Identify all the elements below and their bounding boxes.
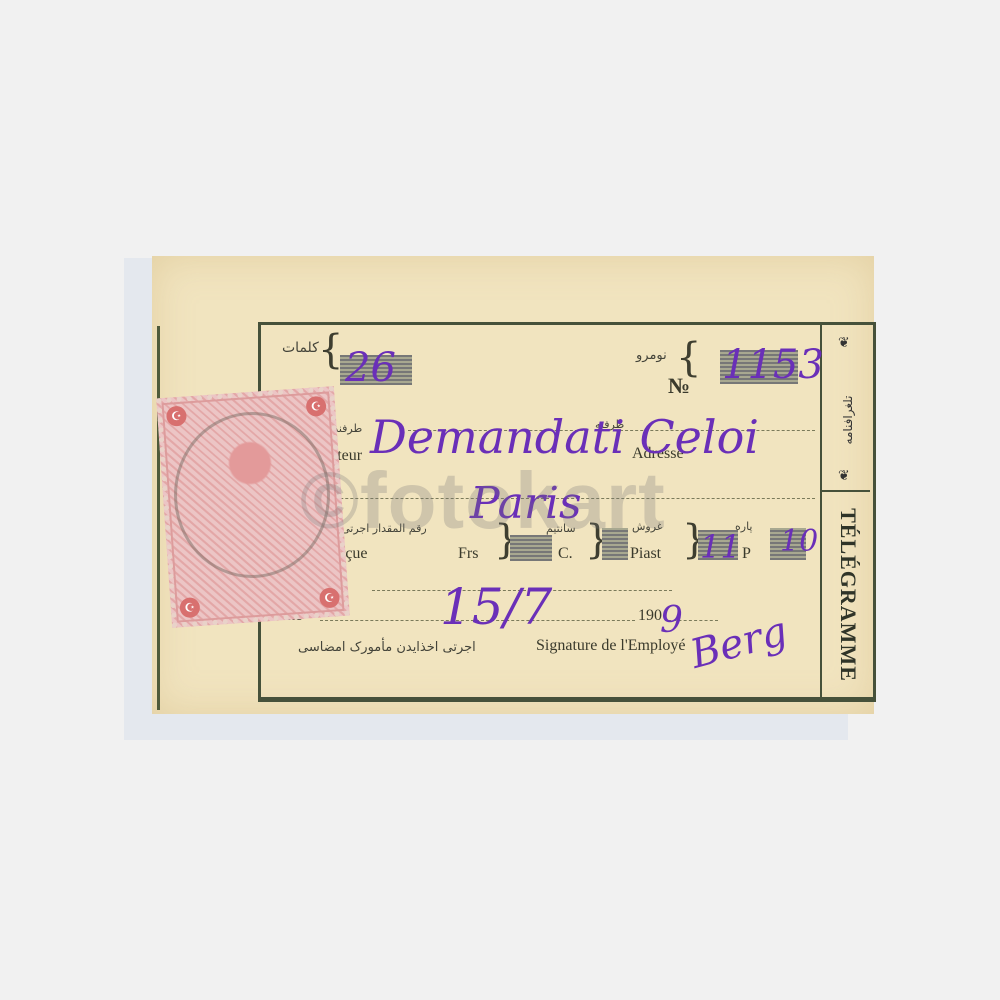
year-prefix: 190	[638, 607, 662, 625]
header-telegramme: TÉLÉGRAMME	[828, 505, 868, 685]
number-label-ar: نومرو	[636, 348, 667, 363]
frs-label: Frs	[458, 545, 478, 563]
crescent-star-icon: ☪	[305, 396, 326, 417]
para-label: P	[742, 545, 751, 563]
handwritten-year: 9	[660, 600, 683, 641]
handwritten-para: 10	[780, 524, 818, 559]
header-ar: تلغرافنامه	[828, 360, 868, 480]
watermark: ©fotokart	[300, 455, 666, 547]
handwritten-number: 1153	[722, 342, 824, 388]
ornament-icon: ❦	[838, 335, 850, 352]
handwritten-words-count: 26	[345, 345, 396, 391]
c-label: C.	[558, 545, 573, 563]
handwritten-piast: 11	[700, 528, 741, 566]
header-split	[820, 490, 870, 492]
crescent-star-icon: ☪	[166, 405, 187, 426]
ornament-icon: ❦	[838, 468, 850, 485]
brace: {	[676, 338, 701, 378]
number-label-fr: №	[668, 373, 690, 399]
signature-label-ar: اجرتی اخذایدن مأمورک امضاسی	[298, 640, 476, 655]
crescent-star-icon: ☪	[179, 597, 200, 618]
words-label-ar: كلمات	[282, 340, 319, 356]
handwritten-date: 15/7	[440, 578, 552, 636]
piast-label: Piast	[630, 545, 661, 563]
crescent-star-icon: ☪	[319, 587, 340, 608]
